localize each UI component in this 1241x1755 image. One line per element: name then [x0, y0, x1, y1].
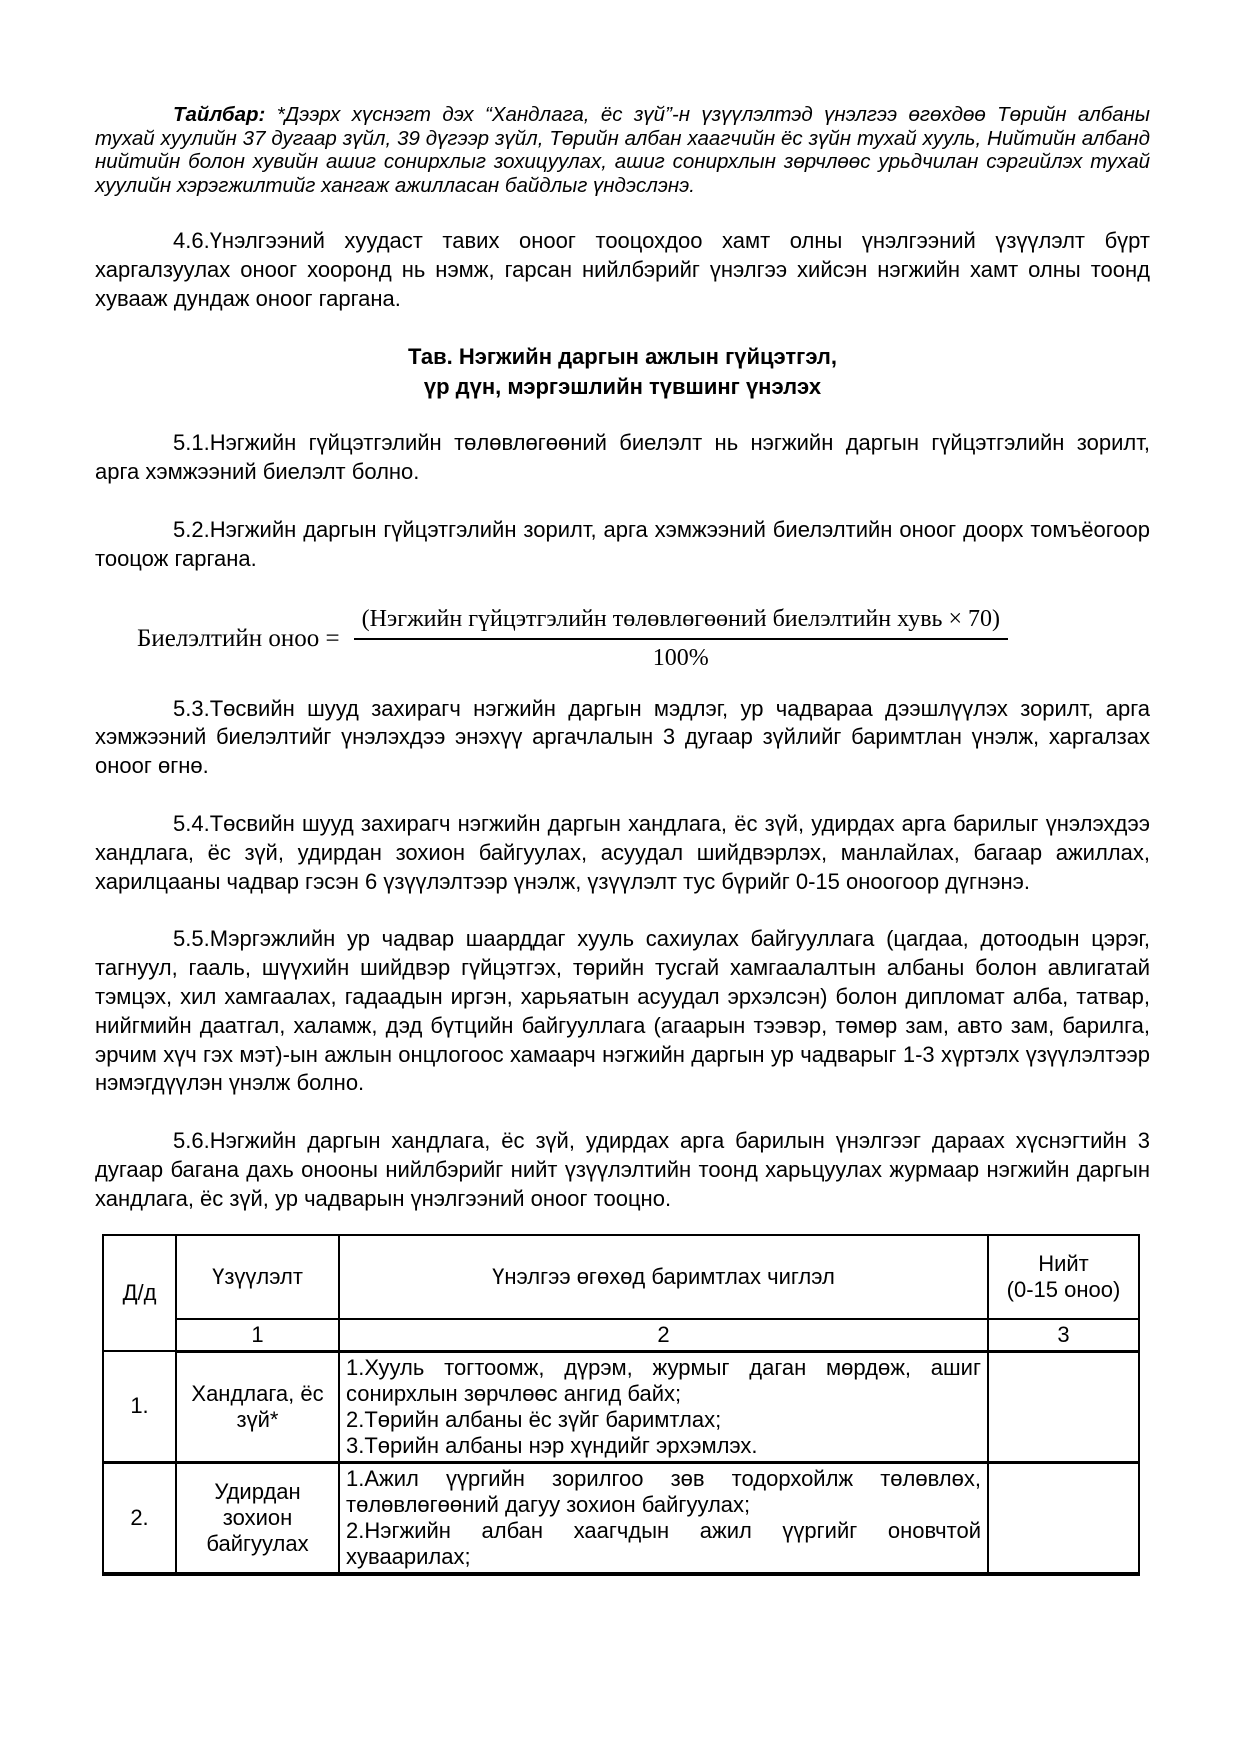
column-number-1: 1	[176, 1319, 339, 1352]
criteria-item: 2.Төрийн албаны ёс зүйг баримтлах;	[346, 1407, 981, 1433]
section-heading-line1: Тав. Нэгжийн даргын ажлын гүйцэтгэл,	[408, 344, 837, 369]
criteria-item: 2.Нэгжийн албан хаагчдын ажил үүргийг он…	[346, 1518, 981, 1570]
table-row: 2. Удирдан зохион байгуулах 1.Ажил үүрги…	[103, 1462, 1139, 1574]
formula-fraction: (Нэгжийн гүйцэтгэлийн төлөвлөгөөний биел…	[354, 603, 1008, 675]
note-label: Тайлбар:	[173, 103, 265, 126]
criteria-item: 1.Ажил үүргийн зорилгоо зөв тодорхойлж т…	[346, 1466, 981, 1518]
score-formula: Биелэлтийн оноо = (Нэгжийн гүйцэтгэлийн …	[137, 603, 1150, 675]
row-criteria-cell: 1.Ажил үүргийн зорилгоо зөв тодорхойлж т…	[339, 1462, 988, 1574]
table-column-number-row: 1 2 3	[103, 1319, 1139, 1352]
row-number-cell: 1.	[103, 1351, 176, 1462]
formula-denominator: 100%	[653, 640, 709, 675]
paragraph-5-2: 5.2.Нэгжийн даргын гүйцэтгэлийн зорилт, …	[95, 516, 1150, 574]
column-number-2: 2	[339, 1319, 988, 1352]
header-cell-indicator: Үзүүлэлт	[176, 1235, 339, 1319]
column-number-3: 3	[988, 1319, 1139, 1352]
formula-numerator: (Нэгжийн гүйцэтгэлийн төлөвлөгөөний биел…	[354, 603, 1008, 640]
table-row: 1. Хандлага, ёс зүй* 1.Хууль тогтоомж, д…	[103, 1351, 1139, 1462]
header-cell-total-line1: Нийт	[1038, 1251, 1089, 1276]
row-indicator-cell: Удирдан зохион байгуулах	[176, 1462, 339, 1574]
row-total-cell	[988, 1462, 1139, 1574]
criteria-item: 1.Хууль тогтоомж, дүрэм, журмыг даган мө…	[346, 1355, 981, 1407]
header-cell-total: Нийт (0-15 оноо)	[988, 1235, 1139, 1319]
evaluation-table: Д/д Үзүүлэлт Үнэлгээ өгөхөд баримтлах чи…	[102, 1234, 1140, 1576]
note-paragraph: Тайлбар: *Дээрх хүснэгт дэх “Хандлага, ё…	[95, 103, 1150, 197]
section-heading: Тав. Нэгжийн даргын ажлын гүйцэтгэл, үр …	[95, 342, 1150, 402]
header-cell-criteria: Үнэлгээ өгөхөд баримтлах чиглэл	[339, 1235, 988, 1319]
row-criteria-cell: 1.Хууль тогтоомж, дүрэм, журмыг даган мө…	[339, 1351, 988, 1462]
paragraph-5-3: 5.3.Төсвийн шууд захирагч нэгжийн даргын…	[95, 695, 1150, 781]
document-page: Тайлбар: *Дээрх хүснэгт дэх “Хандлага, ё…	[0, 0, 1241, 1755]
paragraph-4-6: 4.6.Үнэлгээний хуудаст тавих оноог тооцо…	[95, 227, 1150, 313]
paragraph-5-6: 5.6.Нэгжийн даргын хандлага, ёс зүй, уди…	[95, 1127, 1150, 1213]
row-total-cell	[988, 1351, 1139, 1462]
formula-left-side: Биелэлтийн оноо =	[137, 625, 340, 653]
paragraph-5-4: 5.4.Төсвийн шууд захирагч нэгжийн даргын…	[95, 810, 1150, 896]
section-heading-line2: үр дүн, мэргэшлийн түвшинг үнэлэх	[424, 374, 821, 399]
criteria-item: 3.Төрийн албаны нэр хүндийг эрхэмлэх.	[346, 1433, 981, 1459]
row-indicator-cell: Хандлага, ёс зүй*	[176, 1351, 339, 1462]
header-cell-total-line2: (0-15 оноо)	[1007, 1277, 1121, 1302]
paragraph-5-1: 5.1.Нэгжийн гүйцэтгэлийн төлөвлөгөөний б…	[95, 429, 1150, 487]
row-number-cell: 2.	[103, 1462, 176, 1574]
header-cell-dd: Д/д	[103, 1235, 176, 1352]
table-header-row: Д/д Үзүүлэлт Үнэлгээ өгөхөд баримтлах чи…	[103, 1235, 1139, 1319]
paragraph-5-5: 5.5.Мэргэжлийн ур чадвар шаарддаг хууль …	[95, 925, 1150, 1098]
